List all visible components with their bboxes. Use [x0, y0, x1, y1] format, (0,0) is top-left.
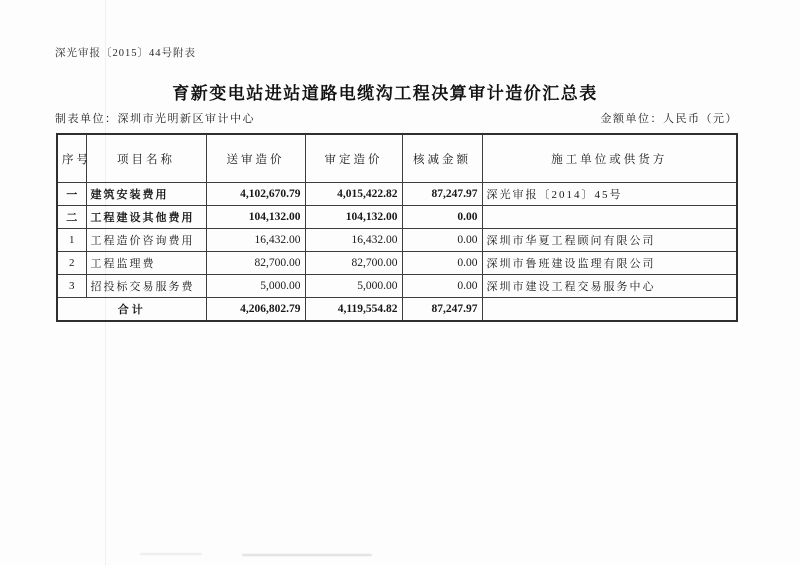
cell-submitted-cost: 82,700.00 — [206, 252, 305, 275]
cell-approved-cost: 16,432.00 — [305, 229, 402, 252]
table-row: 1 工程造价咨询费用 16,432.00 16,432.00 0.00 深圳市华… — [57, 229, 737, 252]
cell-submitted-cost: 104,132.00 — [206, 206, 305, 229]
cell-contractor: 深圳市建设工程交易服务中心 — [482, 275, 737, 298]
header-approved-cost: 审定造价 — [305, 134, 402, 183]
cell-approved-cost: 104,132.00 — [305, 206, 402, 229]
cell-reduced-amount: 0.00 — [402, 275, 482, 298]
cell-contractor: 深光审报〔2014〕45号 — [482, 183, 737, 206]
cell-serial: 二 — [57, 206, 86, 229]
meta-row: 制表单位：深圳市光明新区审计中心 金额单位：人民币（元） — [55, 110, 738, 126]
cost-summary-table: 序号 项目名称 送审造价 审定造价 核减金额 施工单位或供货方 一 建筑安装费用… — [56, 133, 738, 322]
table-row: 2 工程监理费 82,700.00 82,700.00 0.00 深圳市鲁班建设… — [57, 252, 737, 275]
header-item-name: 项目名称 — [86, 134, 206, 183]
scan-smudge — [242, 554, 372, 556]
cell-total-contractor — [482, 298, 737, 322]
cell-item-name: 工程建设其他费用 — [86, 206, 206, 229]
cell-serial: 1 — [57, 229, 86, 252]
cell-item-name: 工程造价咨询费用 — [86, 229, 206, 252]
header-serial: 序号 — [57, 134, 86, 183]
table-row: 二 工程建设其他费用 104,132.00 104,132.00 0.00 — [57, 206, 737, 229]
cell-approved-cost: 82,700.00 — [305, 252, 402, 275]
cell-submitted-cost: 4,102,670.79 — [206, 183, 305, 206]
header-row: 序号 项目名称 送审造价 审定造价 核减金额 施工单位或供货方 — [57, 134, 737, 183]
cell-item-name: 工程监理费 — [86, 252, 206, 275]
cell-submitted-cost: 5,000.00 — [206, 275, 305, 298]
total-row: 合计 4,206,802.79 4,119,554.82 87,247.97 — [57, 298, 737, 322]
cell-contractor: 深圳市鲁班建设监理有限公司 — [482, 252, 737, 275]
unit-value: 人民币（元） — [663, 113, 738, 125]
unit-prefix: 金额单位： — [601, 113, 664, 125]
cell-reduced-amount: 0.00 — [402, 206, 482, 229]
table-row: 一 建筑安装费用 4,102,670.79 4,015,422.82 87,24… — [57, 183, 737, 206]
table-header: 序号 项目名称 送审造价 审定造价 核减金额 施工单位或供货方 — [57, 134, 737, 183]
cell-reduced-amount: 0.00 — [402, 229, 482, 252]
cell-serial: 3 — [57, 275, 86, 298]
cell-serial: 一 — [57, 183, 86, 206]
header-submitted-cost: 送审造价 — [206, 134, 305, 183]
cell-total-label: 合计 — [57, 298, 206, 322]
scan-smudge — [140, 553, 202, 555]
cell-serial: 2 — [57, 252, 86, 275]
maker-value: 深圳市光明新区审计中心 — [118, 113, 256, 125]
cell-item-name: 招投标交易服务费 — [86, 275, 206, 298]
cell-total-reduced: 87,247.97 — [402, 298, 482, 322]
cell-total-submitted: 4,206,802.79 — [206, 298, 305, 322]
amount-unit-label: 金额单位：人民币（元） — [601, 110, 739, 126]
header-reduced-amount: 核减金额 — [402, 134, 482, 183]
cell-total-approved: 4,119,554.82 — [305, 298, 402, 322]
cell-item-name: 建筑安装费用 — [86, 183, 206, 206]
table-row: 3 招投标交易服务费 5,000.00 5,000.00 0.00 深圳市建设工… — [57, 275, 737, 298]
cell-approved-cost: 5,000.00 — [305, 275, 402, 298]
header-contractor: 施工单位或供货方 — [482, 134, 737, 183]
cell-contractor — [482, 206, 737, 229]
cell-reduced-amount: 87,247.97 — [402, 183, 482, 206]
document-page: 深光审报〔2015〕44号附表 育新变电站进站道路电缆沟工程决算审计造价汇总表 … — [0, 0, 800, 565]
table-body: 一 建筑安装费用 4,102,670.79 4,015,422.82 87,24… — [57, 183, 737, 322]
doc-ref-number: 深光审报〔2015〕44号附表 — [55, 45, 196, 60]
cell-approved-cost: 4,015,422.82 — [305, 183, 402, 206]
page-title: 育新变电站进站道路电缆沟工程决算审计造价汇总表 — [0, 79, 770, 104]
cell-contractor: 深圳市华夏工程顾问有限公司 — [482, 229, 737, 252]
maker-prefix: 制表单位： — [55, 113, 118, 125]
cell-submitted-cost: 16,432.00 — [206, 229, 305, 252]
table-maker-label: 制表单位：深圳市光明新区审计中心 — [55, 110, 255, 126]
cell-reduced-amount: 0.00 — [402, 252, 482, 275]
